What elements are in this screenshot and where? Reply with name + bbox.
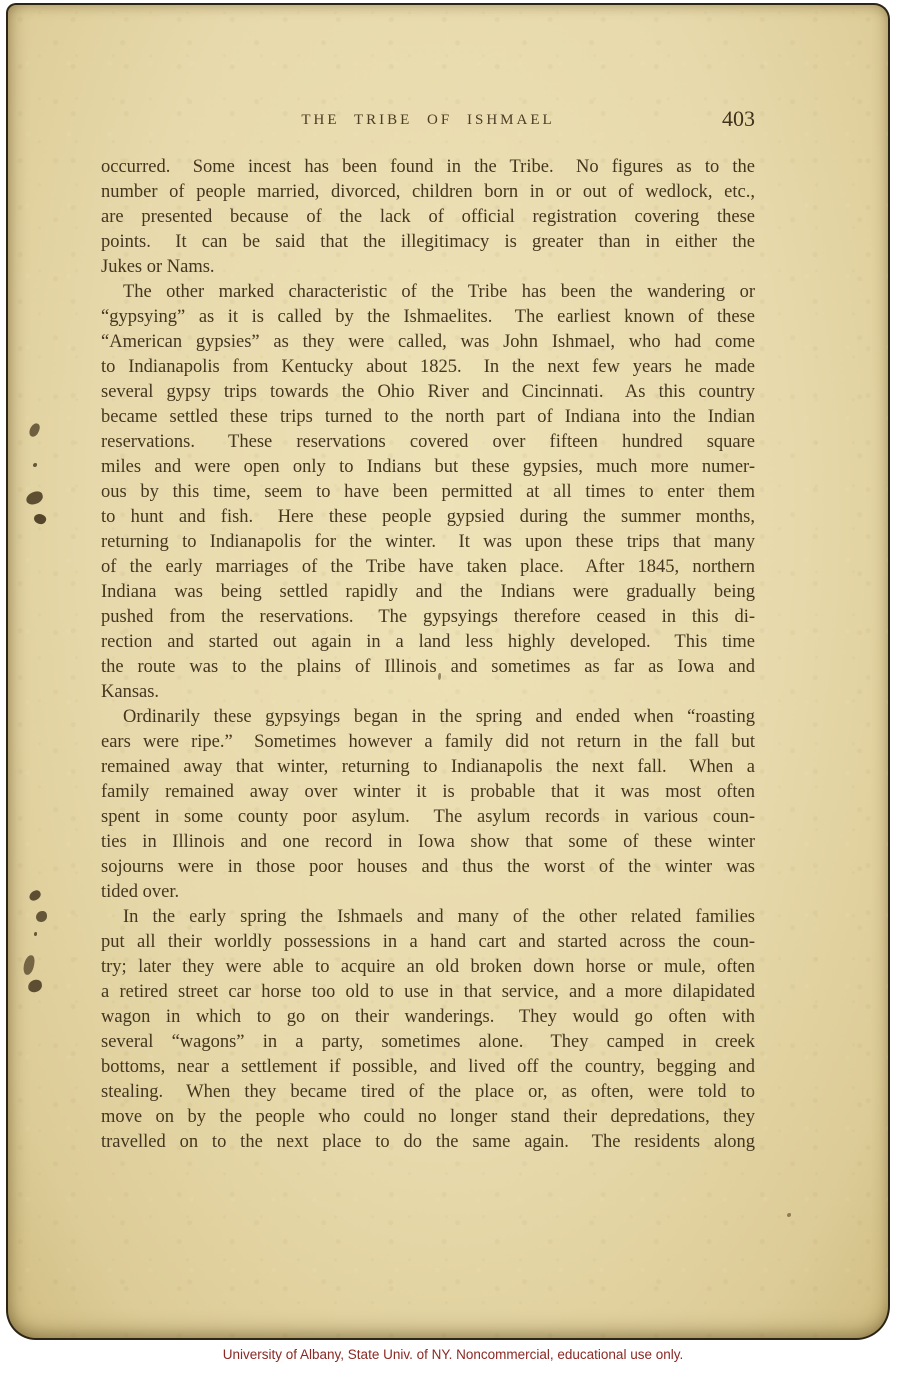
text-line: a retired street car horse too old to us… [101, 980, 755, 1005]
text-line: wagon in which to go on their wanderings… [101, 1005, 755, 1030]
text-line: move on by the people who could no longe… [101, 1105, 755, 1130]
text-line: the route was to the plains of Illinois … [101, 655, 755, 680]
running-title: THE TRIBE OF ISHMAEL [101, 106, 755, 129]
text-line: In the early spring the Ishmaels and man… [101, 905, 755, 930]
paragraph: Ordinarily these gypsyings began in the … [101, 705, 755, 905]
text-line: miles and were open only to Indians but … [101, 455, 755, 480]
text-line: to hunt and fish. Here these people gyps… [101, 505, 755, 530]
text-line: “gypsying” as it is called by the Ishmae… [101, 305, 755, 330]
ink-speck [25, 490, 45, 506]
ink-speck [34, 932, 37, 936]
text-line: remained away that winter, returning to … [101, 755, 755, 780]
text-line: rection and started out again in a land … [101, 630, 755, 655]
ink-speck [787, 1213, 791, 1217]
text-line: spent in some county poor asylum. The as… [101, 805, 755, 830]
ink-speck [22, 954, 35, 975]
text-line: Jukes or Nams. [101, 255, 755, 280]
text-line: ous by this time, seem to have been perm… [101, 480, 755, 505]
text-line: number of people married, divorced, chil… [101, 180, 755, 205]
ink-speck [33, 463, 37, 467]
text-line: The other marked characteristic of the T… [101, 280, 755, 305]
ink-speck [28, 889, 43, 902]
text-line: pushed from the reservations. The gypsyi… [101, 605, 755, 630]
paragraph: occurred. Some incest has been found in … [101, 155, 755, 280]
text-line: several gypsy trips towards the Ohio Riv… [101, 380, 755, 405]
ink-speck [36, 911, 47, 922]
text-line: Indiana was being settled rapidly and th… [101, 580, 755, 605]
text-line: are presented because of the lack of off… [101, 205, 755, 230]
text-line: Ordinarily these gypsyings began in the … [101, 705, 755, 730]
body-text: occurred. Some incest has been found in … [101, 155, 755, 1155]
text-line: try; later they were able to acquire an … [101, 955, 755, 980]
ink-speck [28, 422, 41, 438]
text-line: became settled these trips turned to the… [101, 405, 755, 430]
paragraph: In the early spring the Ishmaels and man… [101, 905, 755, 1155]
text-line: Kansas. [101, 680, 755, 705]
text-line: of the early marriages of the Tribe have… [101, 555, 755, 580]
scanned-page-container: THE TRIBE OF ISHMAEL 403 occurred. Some … [0, 0, 906, 1373]
paragraph: The other marked characteristic of the T… [101, 280, 755, 705]
text-line: family remained away over winter it is p… [101, 780, 755, 805]
text-line: ties in Illinois and one record in Iowa … [101, 830, 755, 855]
text-line: reservations. These reservations covered… [101, 430, 755, 455]
text-line: stealing. When they became tired of the … [101, 1080, 755, 1105]
page-header: THE TRIBE OF ISHMAEL 403 [101, 106, 755, 134]
text-line: bottoms, near a settlement if possible, … [101, 1055, 755, 1080]
text-line: put all their worldly possessions in a h… [101, 930, 755, 955]
text-line: points. It can be said that the illegiti… [101, 230, 755, 255]
ink-speck [27, 979, 43, 993]
text-line: to Indianapolis from Kentucky about 1825… [101, 355, 755, 380]
book-page: THE TRIBE OF ISHMAEL 403 occurred. Some … [6, 3, 890, 1340]
text-line: several “wagons” in a party, sometimes a… [101, 1030, 755, 1055]
scan-footer: University of Albany, State Univ. of NY.… [0, 1340, 906, 1373]
text-line: sojourns were in those poor houses and t… [101, 855, 755, 880]
text-line: tided over. [101, 880, 755, 905]
ink-speck [32, 512, 47, 527]
text-line: “American gypsies” as they were called, … [101, 330, 755, 355]
text-line: returning to Indianapolis for the winter… [101, 530, 755, 555]
text-line: ears were ripe.” Sometimes however a fam… [101, 730, 755, 755]
text-line: travelled on to the next place to do the… [101, 1130, 755, 1155]
page-number: 403 [722, 106, 755, 132]
footer-credit: University of Albany, State Univ. of NY.… [223, 1347, 683, 1362]
text-line: occurred. Some incest has been found in … [101, 155, 755, 180]
